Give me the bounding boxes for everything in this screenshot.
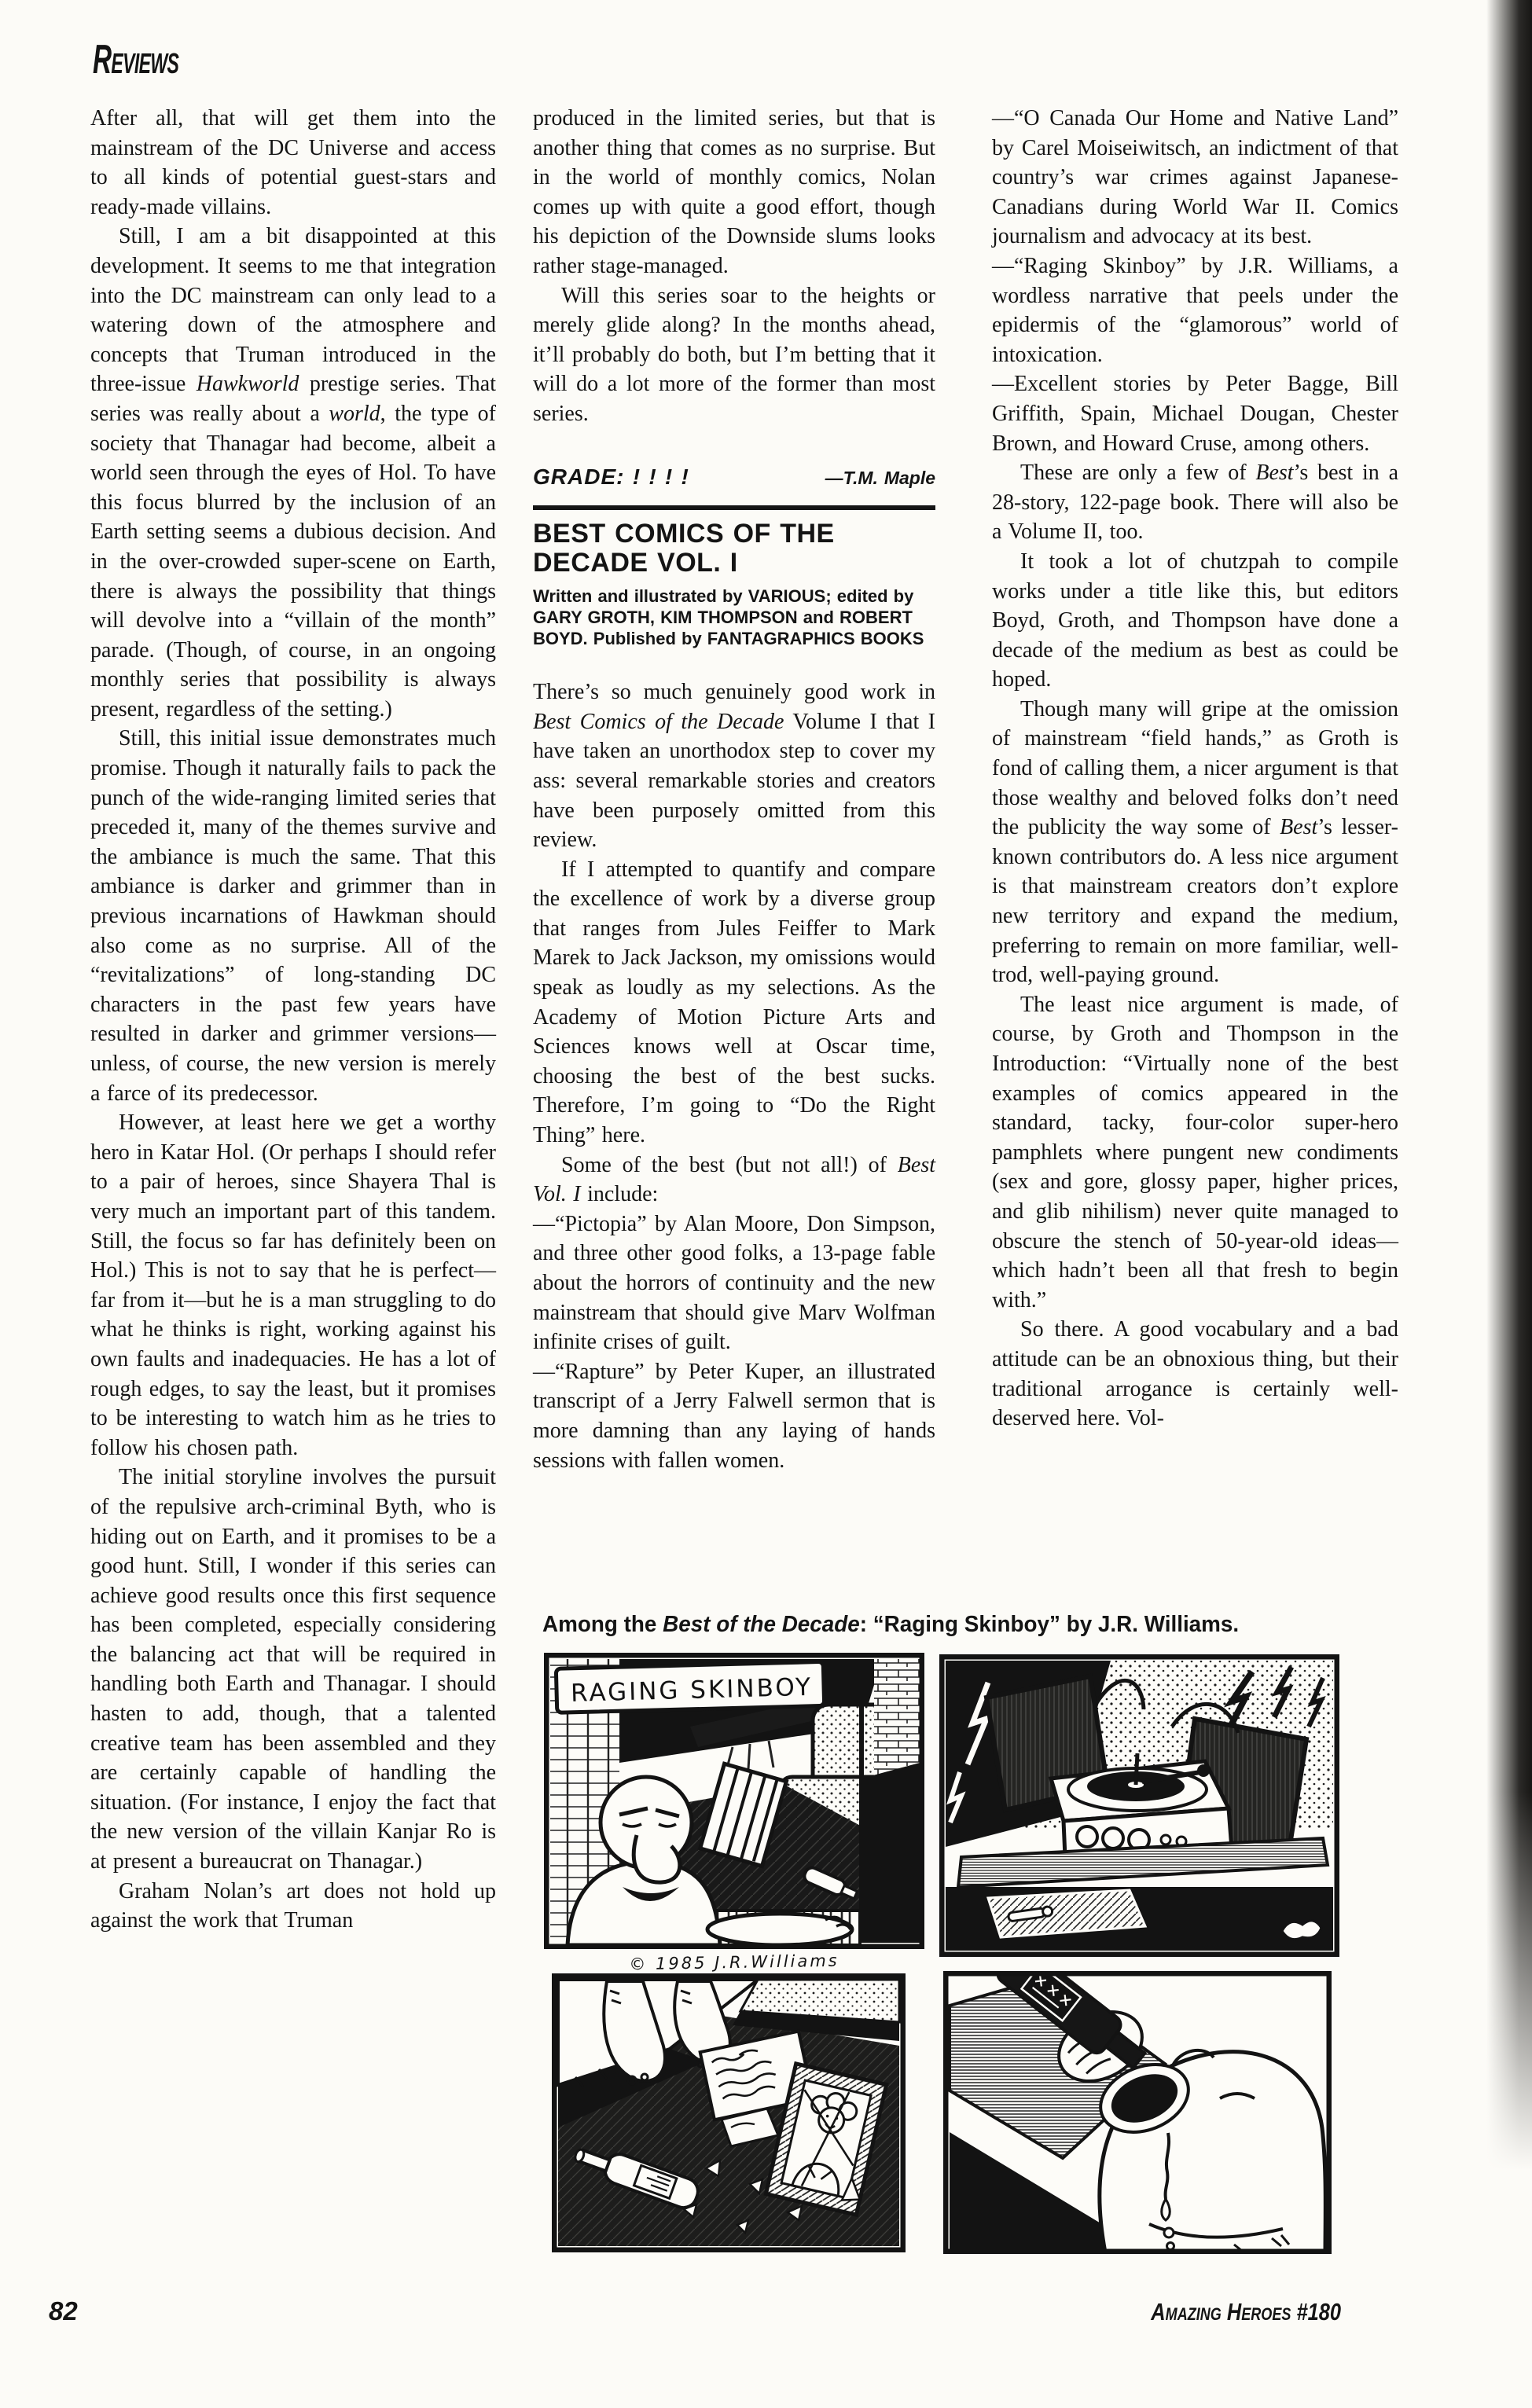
comic-panel-living-room: RAGING SKINBOY — [544, 1653, 924, 1949]
comic-panel-1-art: RAGING SKINBOY — [544, 1653, 924, 1949]
comic-panel-4-art — [943, 1971, 1332, 2254]
hawkworld-review-continuation: produced in the limited series, but that… — [533, 104, 935, 429]
paragraph: If I attempted to quantify and compare t… — [533, 855, 935, 1151]
comic-panel-2-art — [939, 1654, 1339, 1957]
grade-label: GRADE: ! ! ! ! — [533, 462, 689, 492]
magazine-footer-title: Amazing Heroes #180 — [1144, 2298, 1341, 2326]
paragraph: The least nice argument is made, of cour… — [992, 990, 1398, 1316]
paragraph: Still, this initial issue demonstrates m… — [90, 724, 496, 1108]
comic-panel-turntable — [939, 1654, 1339, 1957]
comic-panel-bedroom-floor — [552, 1973, 906, 2252]
page-number: 82 — [49, 2296, 78, 2326]
reviewer-byline: —T.M. Maple — [825, 464, 935, 494]
review-title: BEST COMICS OF THE DECADE VOL. I — [533, 519, 935, 578]
paragraph: produced in the limited series, but that… — [533, 104, 935, 281]
panel-title-box: RAGING SKINBOY — [556, 1661, 824, 1712]
paragraph: Graham Nolan’s art does not hold up agai… — [90, 1877, 496, 1936]
paragraph: These are only a few of Best’s best in a… — [992, 458, 1398, 547]
paragraph: After all, that will get them into the m… — [90, 104, 496, 222]
paragraph: —Excellent stories by Peter Bagge, Bill … — [992, 369, 1398, 458]
review-credits: Written and illustrated by VARIOUS; edit… — [533, 585, 935, 649]
section-header: Reviews — [93, 39, 178, 80]
paragraph: —“Raging Skinboy” by J.R. Williams, a wo… — [992, 251, 1398, 369]
column-left: After all, that will get them into the m… — [90, 104, 496, 1936]
crumpled-paper — [1282, 1921, 1321, 1940]
comic-panel-drinking — [943, 1971, 1332, 2254]
comic-panel-3-art — [552, 1973, 906, 2252]
paragraph: Some of the best (but not all!) of Best … — [533, 1151, 935, 1210]
magazine-page: Reviews After all, that will get them in… — [0, 0, 1532, 2408]
paragraph: Will this series soar to the heights or … — [533, 281, 935, 429]
paragraph: —“Pictopia” by Alan Moore, Don Simpson, … — [533, 1210, 935, 1357]
comic-figure: RAGING SKINBOY © 1985 J.R.Williams — [542, 1653, 1341, 2262]
paragraph: However, at least here we get a worthy h… — [90, 1108, 496, 1463]
section-divider — [533, 505, 935, 510]
paragraph: —“Rapture” by Peter Kuper, an illustrate… — [533, 1357, 935, 1475]
paragraph: Still, I am a bit disappointed at this d… — [90, 222, 496, 724]
artist-signature: © 1985 J.R.Williams — [544, 1950, 924, 1975]
column-right: —“O Canada Our Home and Native Land” by … — [992, 104, 1398, 1433]
paragraph: Though many will gripe at the omission o… — [992, 695, 1398, 990]
paragraph: The initial storyline involves the pursu… — [90, 1463, 496, 1876]
best-comics-review-body: There’s so much genuinely good work in B… — [533, 677, 935, 1475]
paragraph: So there. A good vocabulary and a bad at… — [992, 1315, 1398, 1433]
paragraph: There’s so much genuinely good work in B… — [533, 677, 935, 855]
figure-caption: Among the Best of the Decade: “Raging Sk… — [542, 1611, 1372, 1638]
paragraph: —“O Canada Our Home and Native Land” by … — [992, 104, 1398, 251]
paragraph: It took a lot of chutzpah to compile wor… — [992, 547, 1398, 695]
scan-edge-shadow-fade — [1486, 1792, 1532, 2194]
grade-row: GRADE: ! ! ! ! —T.M. Maple — [533, 462, 935, 494]
column-middle: produced in the limited series, but that… — [533, 104, 935, 1475]
